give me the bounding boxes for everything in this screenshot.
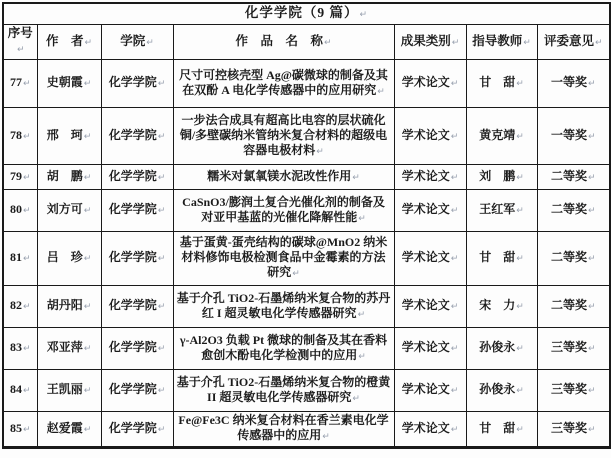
column-header-college: 学院↵ [101, 25, 173, 60]
cell-award: 一等奖↵ [537, 60, 610, 108]
cell-work-title: 基于蛋黄-蛋壳结构的碳球@MnO2 纳米材料修饰电极检测食品中金霉素的方法研究↵ [173, 232, 394, 286]
cell-advisor: 孙俊永↵ [466, 370, 537, 412]
cell-author: 胡丹阳↵ [37, 286, 101, 328]
end-of-cell-mark-icon: ↵ [588, 425, 596, 435]
table-row: 85↵ 赵爱霞↵ 化学学院↵ Fe@Fe3C 纳米复合材料在香兰素电化学传感器中… [3, 412, 610, 448]
cell-work-title: 尺寸可控核壳型 Ag@碳微球的制备及其在双酚 A 电化学传感器中的应用研究↵ [173, 60, 394, 108]
column-header-author: 作 者↵ [37, 25, 101, 60]
end-of-cell-mark-icon: ↵ [588, 206, 596, 216]
cell-no: 77↵ [3, 60, 37, 108]
cell-work-title: Fe@Fe3C 纳米复合材料在香兰素电化学传感器中的应用↵ [173, 412, 394, 448]
cell-work-title: 一步法合成具有超高比电容的层状硫化铜/多壁碳纳米管纳米复合材料的超级电容器电极材… [173, 108, 394, 165]
cell-advisor: 甘 甜↵ [466, 412, 537, 448]
end-of-cell-mark-icon: ↵ [23, 302, 31, 312]
cell-college: 化学学院↵ [101, 286, 173, 328]
end-of-cell-mark-icon: ↵ [316, 147, 324, 157]
end-of-cell-mark-icon: ↵ [452, 38, 460, 48]
cell-no: 83↵ [3, 328, 37, 370]
end-of-cell-mark-icon: ↵ [516, 254, 524, 264]
end-of-cell-mark-icon: ↵ [588, 302, 596, 312]
cell-author: 刘方可↵ [37, 190, 101, 232]
cell-category: 学术论文↵ [394, 370, 466, 412]
end-of-cell-mark-icon: ↵ [451, 173, 459, 183]
cell-advisor: 宋 力↵ [466, 286, 537, 328]
end-of-cell-mark-icon: ↵ [292, 269, 300, 279]
end-of-cell-mark-icon: ↵ [84, 425, 92, 435]
cell-work-title: 基于介孔 TiO2-石墨烯纳米复合物的苏丹红 I 超灵敏电化学传感器研究↵ [173, 286, 394, 328]
end-of-cell-mark-icon: ↵ [23, 206, 31, 216]
cell-award: 一等奖↵ [537, 108, 610, 165]
end-of-cell-mark-icon: ↵ [23, 173, 31, 183]
table-title-row: 化学学院（9 篇）↵ [3, 3, 610, 25]
cell-award: 三等奖↵ [537, 412, 610, 448]
end-of-cell-mark-icon: ↵ [146, 38, 154, 48]
cell-category: 学术论文↵ [394, 108, 466, 165]
cell-author: 史朝霞↵ [37, 60, 101, 108]
cell-work-title: γ-Al2O3 负载 Pt 微球的制备及其在香料愈创木酚电化学检测中的应用↵ [173, 328, 394, 370]
end-of-cell-mark-icon: ↵ [23, 386, 31, 396]
end-of-cell-mark-icon: ↵ [84, 206, 92, 216]
table-row: 77↵ 史朝霞↵ 化学学院↵ 尺寸可控核壳型 Ag@碳微球的制备及其在双酚 A … [3, 60, 610, 108]
end-of-cell-mark-icon: ↵ [516, 425, 524, 435]
end-of-cell-mark-icon: ↵ [158, 254, 166, 264]
cell-category: 学术论文↵ [394, 165, 466, 190]
cell-no: 81↵ [3, 232, 37, 286]
table-title-cell: 化学学院（9 篇）↵ [3, 3, 610, 25]
cell-advisor: 刘 鹏↵ [466, 165, 537, 190]
cell-award: 二等奖↵ [537, 232, 610, 286]
cell-award: 二等奖↵ [537, 286, 610, 328]
cell-award: 三等奖↵ [537, 328, 610, 370]
end-of-cell-mark-icon: ↵ [324, 38, 332, 48]
cell-award: 三等奖↵ [537, 370, 610, 412]
column-header-work-title: 作 品 名 称↵ [173, 25, 394, 60]
end-of-cell-mark-icon: ↵ [588, 386, 596, 396]
table-row: 78↵ 邢 珂↵ 化学学院↵ 一步法合成具有超高比电容的层状硫化铜/多壁碳纳米管… [3, 108, 610, 165]
end-of-cell-mark-icon: ↵ [352, 173, 360, 183]
end-of-cell-mark-icon: ↵ [523, 38, 531, 48]
cell-no: 82↵ [3, 286, 37, 328]
end-of-cell-mark-icon: ↵ [84, 79, 92, 89]
end-of-cell-mark-icon: ↵ [84, 38, 92, 48]
cell-author: 赵爱霞↵ [37, 412, 101, 448]
cell-college: 化学学院↵ [101, 60, 173, 108]
end-of-cell-mark-icon: ↵ [158, 206, 166, 216]
cell-advisor: 甘 甜↵ [466, 60, 537, 108]
column-header-category: 成果类别↵ [394, 25, 466, 60]
column-header-no: 序号↵ [3, 25, 37, 60]
end-of-cell-mark-icon: ↵ [588, 79, 596, 89]
cell-category: 学术论文↵ [394, 60, 466, 108]
cell-no: 79↵ [3, 165, 37, 190]
end-of-cell-mark-icon: ↵ [451, 386, 459, 396]
cell-author: 王凯丽↵ [37, 370, 101, 412]
end-of-cell-mark-icon: ↵ [158, 302, 166, 312]
cell-no: 84↵ [3, 370, 37, 412]
end-of-cell-mark-icon: ↵ [352, 394, 360, 404]
end-of-cell-mark-icon: ↵ [451, 132, 459, 142]
cell-college: 化学学院↵ [101, 232, 173, 286]
end-of-cell-mark-icon: ↵ [595, 38, 603, 48]
end-of-cell-mark-icon: ↵ [588, 132, 596, 142]
cell-author: 吕 珍↵ [37, 232, 101, 286]
table-row: 79↵ 胡 鹏↵ 化学学院↵ 糯米对氯氧镁水泥改性作用↵ 学术论文↵ 刘 鹏↵ … [3, 165, 610, 190]
cell-category: 学术论文↵ [394, 328, 466, 370]
cell-award: 二等奖↵ [537, 190, 610, 232]
end-of-cell-mark-icon: ↵ [516, 206, 524, 216]
cell-advisor: 黄克靖↵ [466, 108, 537, 165]
table-row: 80↵ 刘方可↵ 化学学院↵ CaSnO3/膨润土复合光催化剂的制备及对亚甲基蓝… [3, 190, 610, 232]
end-of-cell-mark-icon: ↵ [451, 254, 459, 264]
end-of-cell-mark-icon: ↵ [158, 386, 166, 396]
end-of-cell-mark-icon: ↵ [451, 344, 459, 354]
paragraph-mark-icon: ↵ [360, 10, 369, 20]
cell-category: 学术论文↵ [394, 232, 466, 286]
column-header-opinion: 评委意见↵ [537, 25, 610, 60]
table-row: 82↵ 胡丹阳↵ 化学学院↵ 基于介孔 TiO2-石墨烯纳米复合物的苏丹红 I … [3, 286, 610, 328]
cell-no: 85↵ [3, 412, 37, 448]
cell-no: 78↵ [3, 108, 37, 165]
end-of-cell-mark-icon: ↵ [322, 432, 330, 442]
column-header-advisor: 指导教师↵ [466, 25, 537, 60]
table-row: 81↵ 吕 珍↵ 化学学院↵ 基于蛋黄-蛋壳结构的碳球@MnO2 纳米材料修饰电… [3, 232, 610, 286]
cell-author: 邢 珂↵ [37, 108, 101, 165]
end-of-cell-mark-icon: ↵ [23, 132, 31, 142]
end-of-cell-mark-icon: ↵ [158, 344, 166, 354]
end-of-cell-mark-icon: ↵ [451, 206, 459, 216]
end-of-cell-mark-icon: ↵ [588, 173, 596, 183]
end-of-cell-mark-icon: ↵ [23, 254, 31, 264]
cell-college: 化学学院↵ [101, 108, 173, 165]
cell-college: 化学学院↵ [101, 190, 173, 232]
end-of-cell-mark-icon: ↵ [84, 302, 92, 312]
end-of-cell-mark-icon: ↵ [377, 87, 385, 97]
end-of-cell-mark-icon: ↵ [158, 173, 166, 183]
cell-college: 化学学院↵ [101, 328, 173, 370]
table-row: 84↵ 王凯丽↵ 化学学院↵ 基于介孔 TiO2-石墨烯纳米复合物的橙黄 II … [3, 370, 610, 412]
end-of-cell-mark-icon: ↵ [516, 344, 524, 354]
end-of-cell-mark-icon: ↵ [84, 173, 92, 183]
cell-work-title: CaSnO3/膨润土复合光催化剂的制备及对亚甲基蓝的光催化降解性能↵ [173, 190, 394, 232]
end-of-cell-mark-icon: ↵ [516, 132, 524, 142]
cell-work-title: 基于介孔 TiO2-石墨烯纳米复合物的橙黄 II 超灵敏电化学传感器研究↵ [173, 370, 394, 412]
end-of-cell-mark-icon: ↵ [516, 79, 524, 89]
cell-author: 邓亚萍↵ [37, 328, 101, 370]
cell-advisor: 孙俊永↵ [466, 328, 537, 370]
cell-college: 化学学院↵ [101, 165, 173, 190]
end-of-cell-mark-icon: ↵ [516, 302, 524, 312]
cell-advisor: 甘 甜↵ [466, 232, 537, 286]
end-of-cell-mark-icon: ↵ [23, 344, 31, 354]
end-of-cell-mark-icon: ↵ [451, 79, 459, 89]
end-of-cell-mark-icon: ↵ [588, 344, 596, 354]
end-of-cell-mark-icon: ↵ [516, 386, 524, 396]
papers-table: 化学学院（9 篇）↵ 序号↵ 作 者↵ 学院↵ 作 品 名 称↵ 成果类别↵ 指… [2, 2, 611, 449]
cell-college: 化学学院↵ [101, 412, 173, 448]
cell-no: 80↵ [3, 190, 37, 232]
end-of-cell-mark-icon: ↵ [23, 425, 31, 435]
cell-award: 二等奖↵ [537, 165, 610, 190]
end-of-cell-mark-icon: ↵ [17, 45, 25, 55]
cell-category: 学术论文↵ [394, 286, 466, 328]
end-of-cell-mark-icon: ↵ [516, 173, 524, 183]
cell-category: 学术论文↵ [394, 412, 466, 448]
end-of-cell-mark-icon: ↵ [451, 425, 459, 435]
end-of-cell-mark-icon: ↵ [358, 214, 366, 224]
end-of-cell-mark-icon: ↵ [84, 344, 92, 354]
end-of-cell-mark-icon: ↵ [84, 132, 92, 142]
document-page: 化学学院（9 篇）↵ 序号↵ 作 者↵ 学院↵ 作 品 名 称↵ 成果类别↵ 指… [0, 0, 611, 458]
end-of-cell-mark-icon: ↵ [158, 425, 166, 435]
end-of-cell-mark-icon: ↵ [84, 386, 92, 396]
end-of-cell-mark-icon: ↵ [358, 352, 366, 362]
table-header-row: 序号↵ 作 者↵ 学院↵ 作 品 名 称↵ 成果类别↵ 指导教师↵ 评委意见↵ [3, 25, 610, 60]
end-of-cell-mark-icon: ↵ [23, 79, 31, 89]
cell-author: 胡 鹏↵ [37, 165, 101, 190]
end-of-cell-mark-icon: ↵ [158, 79, 166, 89]
cell-category: 学术论文↵ [394, 190, 466, 232]
table-row: 83↵ 邓亚萍↵ 化学学院↵ γ-Al2O3 负载 Pt 微球的制备及其在香料愈… [3, 328, 610, 370]
end-of-cell-mark-icon: ↵ [158, 132, 166, 142]
end-of-cell-mark-icon: ↵ [358, 310, 366, 320]
end-of-cell-mark-icon: ↵ [588, 254, 596, 264]
cell-college: 化学学院↵ [101, 370, 173, 412]
cell-advisor: 王红军↵ [466, 190, 537, 232]
end-of-cell-mark-icon: ↵ [451, 302, 459, 312]
end-of-cell-mark-icon: ↵ [84, 254, 92, 264]
table-title: 化学学院（9 篇） [245, 5, 359, 20]
cell-work-title: 糯米对氯氧镁水泥改性作用↵ [173, 165, 394, 190]
